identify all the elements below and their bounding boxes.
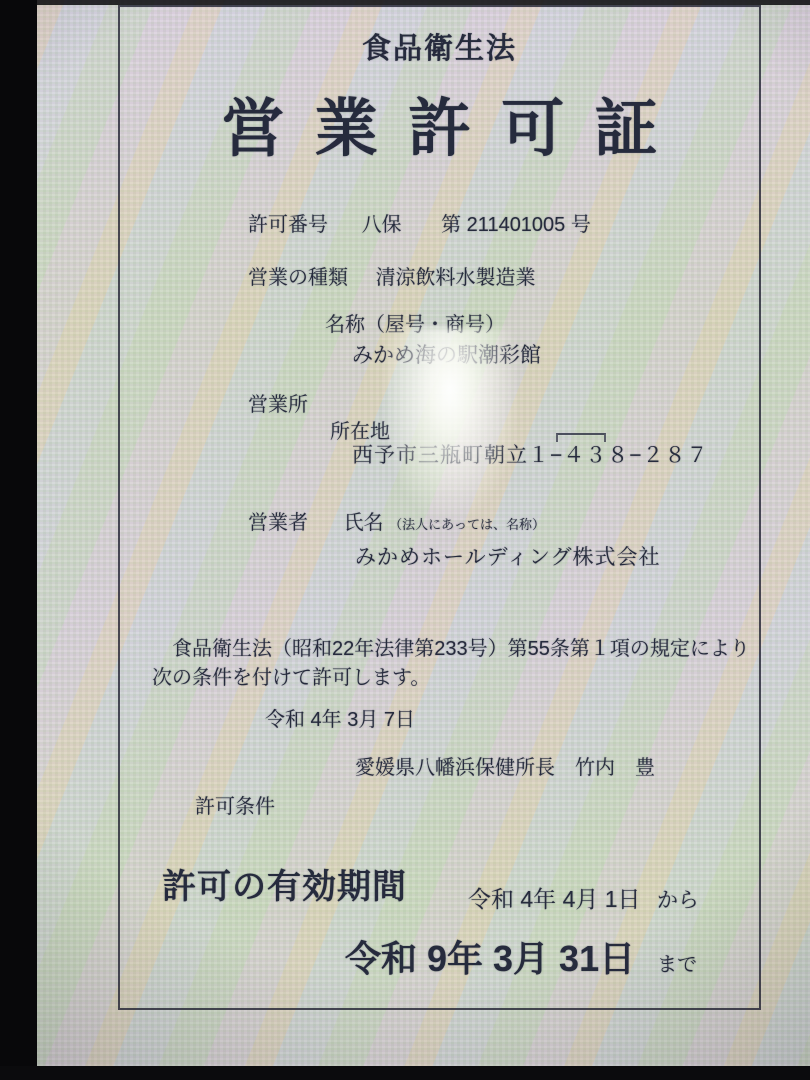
- operator-name-label: 氏名: [344, 512, 384, 534]
- law-title: 食品衛生法: [118, 33, 761, 66]
- permit-number-value: 第 211401005 号: [441, 214, 591, 236]
- permit-office-code: 八保: [362, 214, 402, 236]
- validity-from-suffix: から: [657, 889, 699, 912]
- trade-name-value: みかめ海の駅潮彩館: [352, 344, 541, 368]
- statement-line-2: 次の条件を付けて許可します。: [152, 667, 430, 690]
- operator-name-value: みかめホールディング株式会社: [355, 546, 660, 570]
- operator-name-note: （法人にあっては、名称）: [389, 517, 545, 532]
- business-type-label: 営業の種類: [248, 267, 348, 289]
- photo-edge-left: [0, 0, 37, 1080]
- photo-edge-bottom: [0, 1066, 810, 1080]
- validity-heading: 許可の有効期間: [162, 868, 407, 907]
- photo-edge-top: [37, 0, 810, 5]
- operator-label: 営業者: [248, 512, 308, 534]
- business-type-value: 清涼飲料水製造業: [376, 267, 536, 289]
- issuer-name: 愛媛県八幡浜保健所長 竹内 豊: [355, 757, 655, 780]
- statement-line-1: 食品衛生法（昭和22年法律第233号）第55条第１項の規定により: [152, 638, 750, 661]
- validity-to-suffix: まで: [657, 954, 697, 976]
- permit-number-label: 許可番号: [248, 214, 328, 236]
- validity-to-row: 令和 9年 3月 31日 まで: [345, 938, 697, 979]
- validity-to-date: 令和 9年 3月 31日: [345, 938, 635, 979]
- address-value: 西予市三瓶町朝立１−４３８−２８７: [352, 444, 709, 468]
- handwritten-mark: [556, 433, 606, 442]
- certificate-photo: 食品衛生法 営業許可証 許可番号 八保 第 211401005 号 営業の種類 …: [0, 0, 810, 1080]
- trade-name-label: 名称（屋号・商号）: [325, 314, 505, 337]
- permit-number-row: 許可番号 八保 第 211401005 号: [248, 214, 591, 237]
- address-label: 所在地: [330, 421, 390, 444]
- validity-from-date: 令和 4年 4月 1日: [468, 886, 641, 912]
- issue-date: 令和 4年 3月 7日: [265, 709, 415, 732]
- conditions-label: 許可条件: [195, 796, 275, 819]
- operator-row: 営業者 氏名 （法人にあっては、名称）: [248, 512, 545, 535]
- business-type-row: 営業の種類 清涼飲料水製造業: [248, 267, 536, 290]
- certificate-title: 営業許可証: [118, 93, 761, 165]
- validity-from-row: 令和 4年 4月 1日 から: [468, 886, 699, 913]
- premises-label: 営業所: [248, 394, 308, 417]
